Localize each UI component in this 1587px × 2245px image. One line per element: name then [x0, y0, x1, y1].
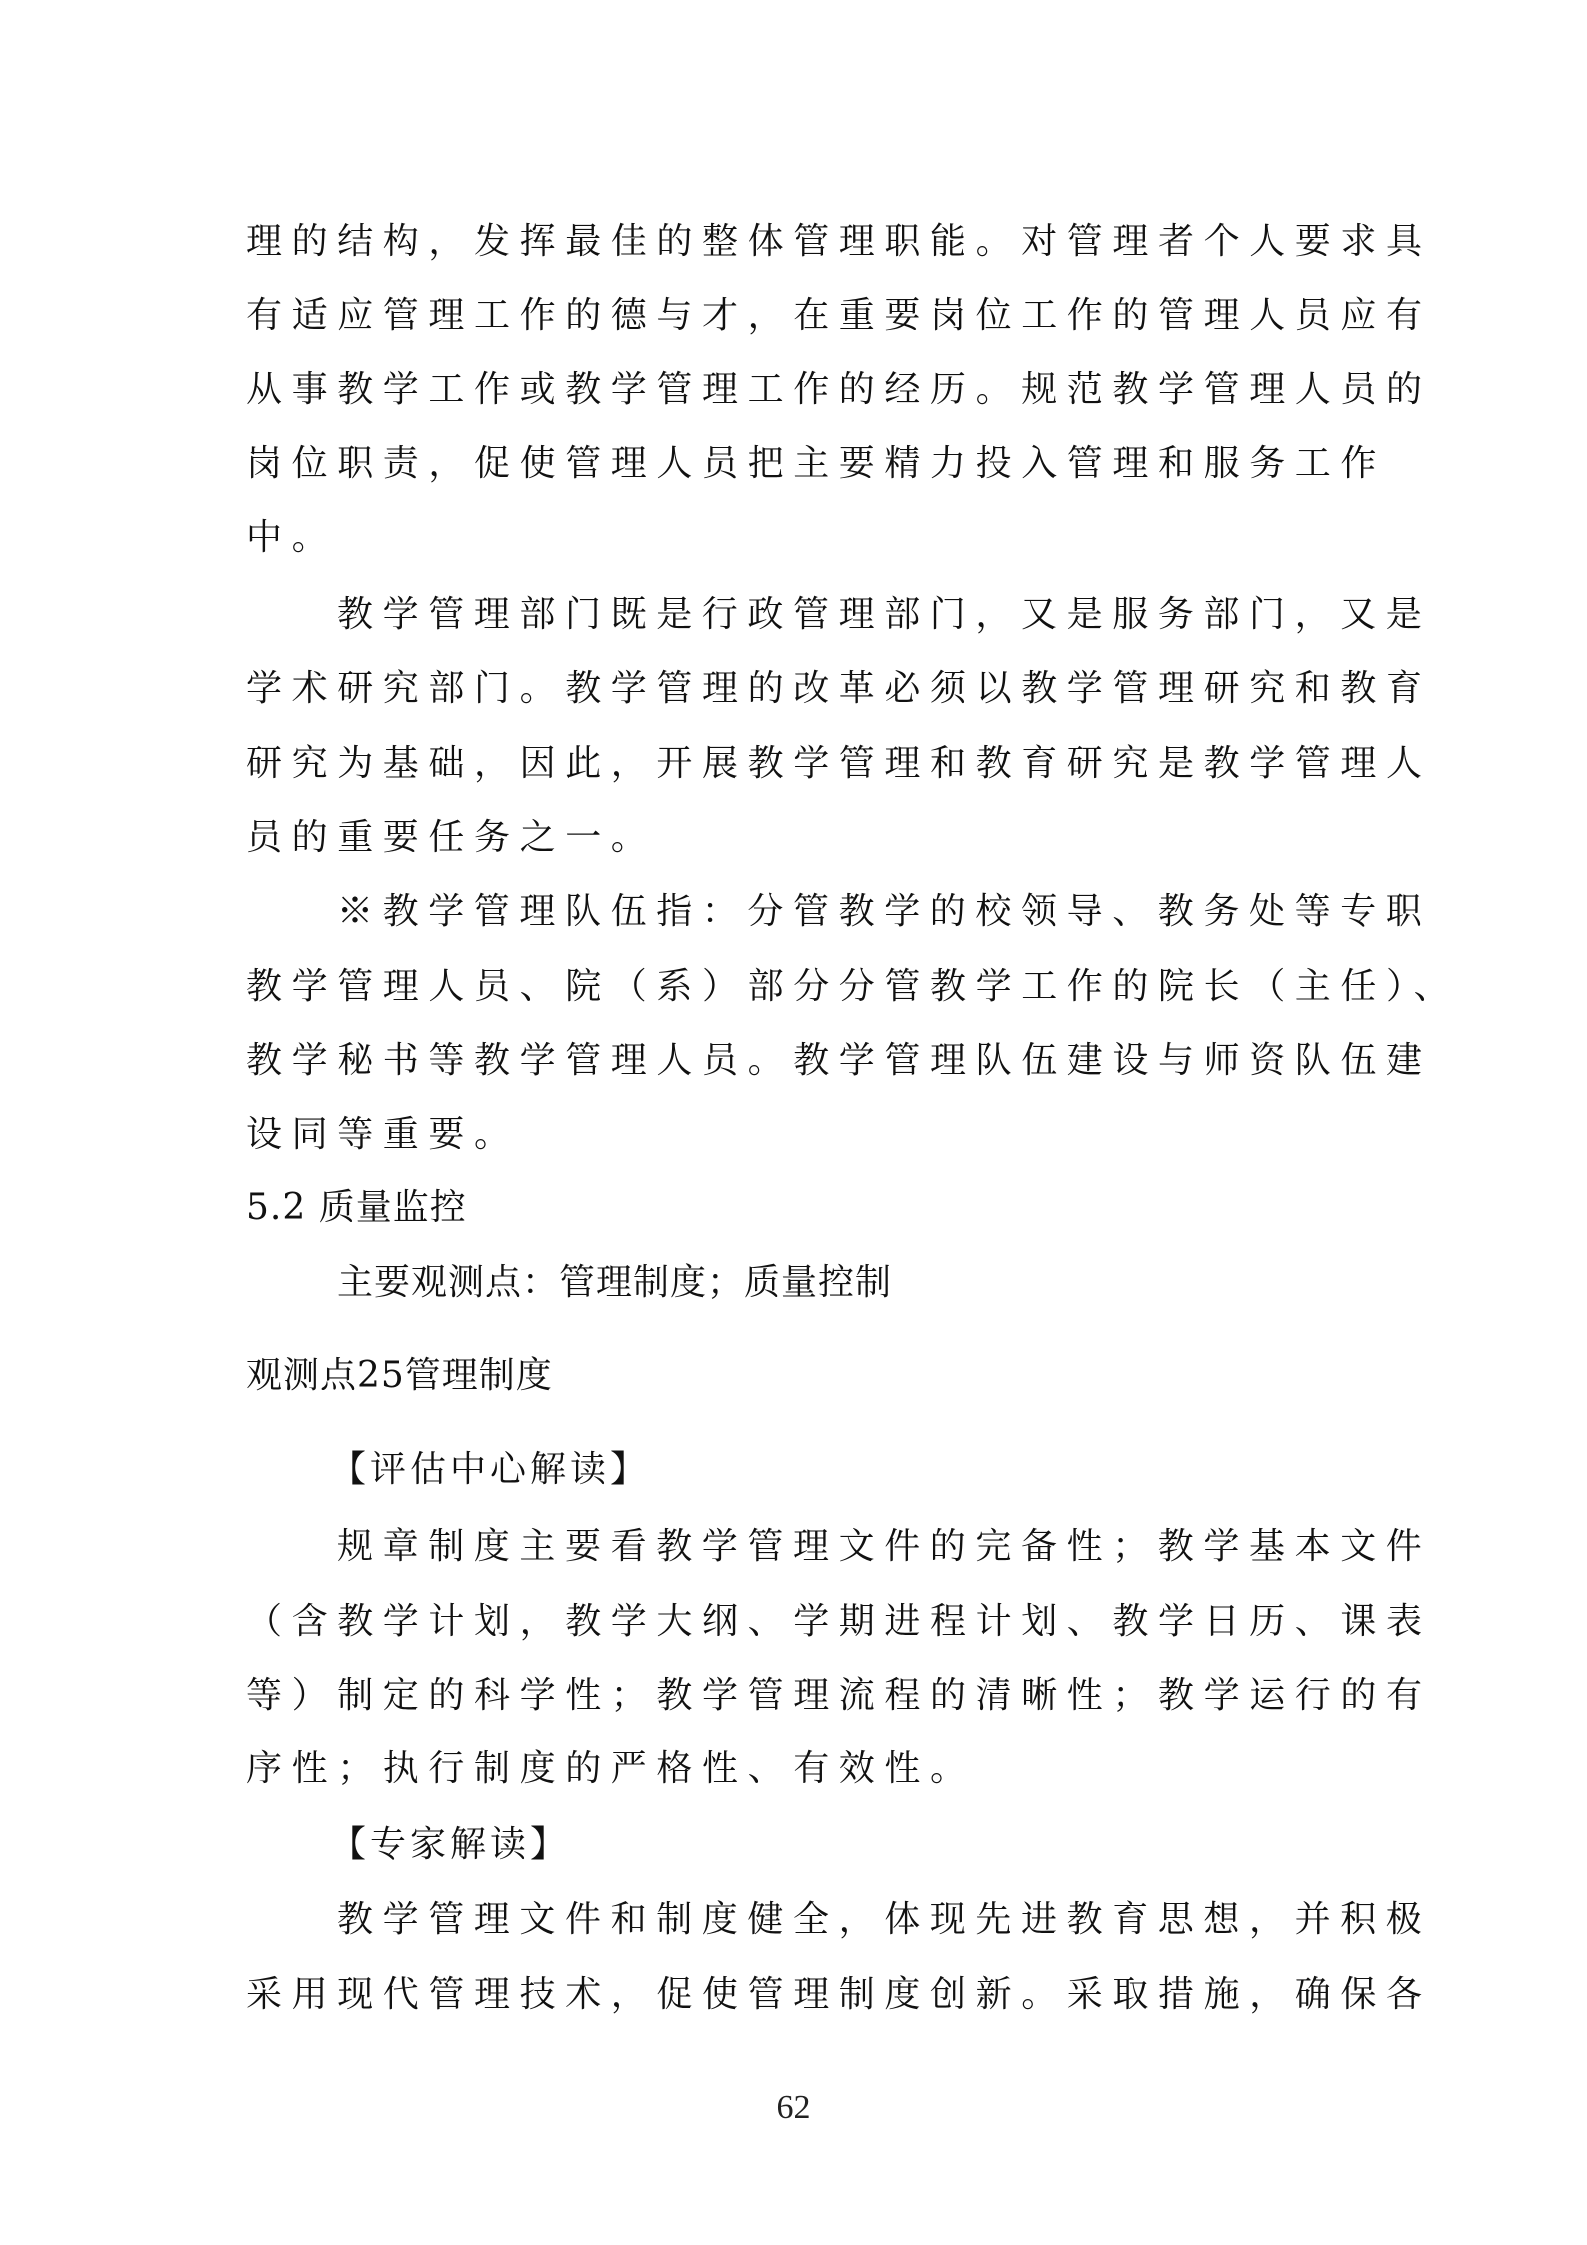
note-line: 教学管理人员、院（系）部分分管教学工作的院长（主任）、 — [246, 965, 1459, 1009]
evaluation-center-label: 【评估中心解读】 — [330, 1448, 650, 1492]
page-number: 62 — [0, 2088, 1587, 2128]
paragraph-line: 岗位职责，促使管理人员把主要精力投入管理和服务工作 — [246, 442, 1386, 486]
expert-label: 【专家解读】 — [330, 1823, 570, 1867]
evaluation-text-line: 规章制度主要看教学管理文件的完备性；教学基本文件 — [337, 1525, 1431, 1569]
evaluation-text-line: （含教学计划，教学大纲、学期进程计划、教学日历、课表 — [246, 1600, 1432, 1644]
document-page: 理的结构，发挥最佳的整体管理职能。对管理者个人要求具 有适应管理工作的德与才，在… — [0, 0, 1587, 2245]
paragraph-line: 从事教学工作或教学管理工作的经历。规范教学管理人员的 — [246, 368, 1432, 412]
expert-text-line: 采用现代管理技术，促使管理制度创新。采取措施，确保各 — [246, 1973, 1432, 2017]
main-observation-points: 主要观测点：管理制度；质量控制 — [337, 1261, 892, 1305]
section-heading: 5.2 质量监控 — [246, 1186, 467, 1230]
paragraph-line: 有适应管理工作的德与才，在重要岗位工作的管理人员应有 — [246, 294, 1432, 338]
expert-text-line: 教学管理文件和制度健全，体现先进教育思想，并积极 — [337, 1898, 1431, 1942]
paragraph-line: 中。 — [246, 516, 337, 560]
note-line: 设同等重要。 — [246, 1113, 520, 1157]
observation-point-title: 观测点25管理制度 — [246, 1354, 553, 1398]
paragraph-line: 员的重要任务之一。 — [246, 816, 656, 860]
note-line: 教学秘书等教学管理人员。教学管理队伍建设与师资队伍建 — [246, 1039, 1432, 1083]
paragraph-line: 理的结构，发挥最佳的整体管理职能。对管理者个人要求具 — [246, 220, 1432, 264]
evaluation-text-line: 序性；执行制度的严格性、有效性。 — [246, 1747, 976, 1791]
evaluation-text-line: 等）制定的科学性；教学管理流程的清晰性；教学运行的有 — [246, 1674, 1432, 1718]
paragraph-line: 教学管理部门既是行政管理部门，又是服务部门，又是 — [337, 593, 1431, 637]
note-line: ※教学管理队伍指：分管教学的校领导、教务处等专职 — [337, 890, 1431, 934]
paragraph-line: 学术研究部门。教学管理的改革必须以教学管理研究和教育 — [246, 667, 1432, 711]
paragraph-line: 研究为基础，因此，开展教学管理和教育研究是教学管理人 — [246, 742, 1432, 786]
